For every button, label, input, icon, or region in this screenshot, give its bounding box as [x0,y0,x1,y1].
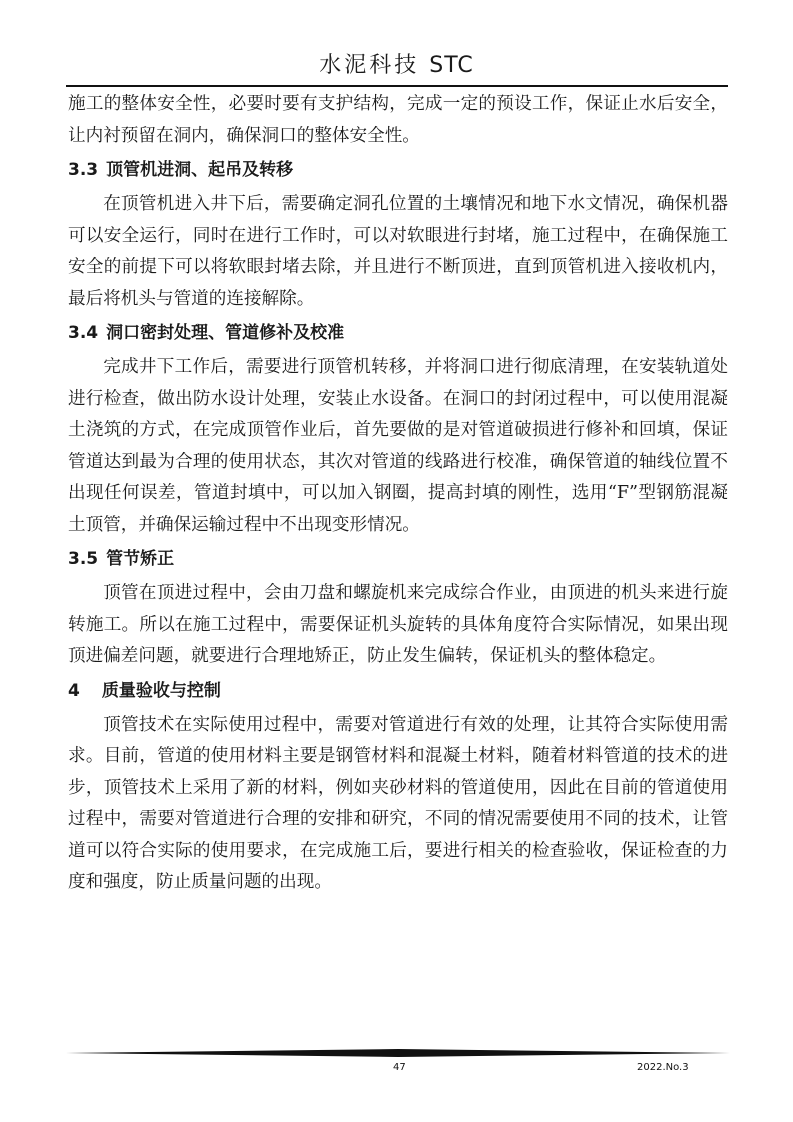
section-heading-3-3: 3.3顶管机进洞、起吊及转移 [68,154,728,186]
section-body-3-5: 顶管在顶进过程中，会由刀盘和螺旋机来完成综合作业，由顶进的机头来进行旋转施工。所… [68,578,728,673]
section-title: 管节矫正 [106,549,174,569]
journal-title-en: STC [429,53,473,78]
section-title: 洞口密封处理、管道修补及校准 [106,323,344,343]
page-number: 47 [393,1062,406,1073]
section-title: 顶管机进洞、起吊及转移 [106,160,293,180]
section-body-3-4: 完成井下工作后，需要进行顶管机转移，并将洞口进行彻底清理，在安装轨道处进行检查，… [68,352,728,541]
section-number: 3.4 [68,323,98,343]
section-body-4: 顶管技术在实际使用过程中，需要对管道进行有效的处理，让其符合实际使用需求。目前，… [68,710,728,899]
journal-title-cn: 水泥科技 [319,53,419,78]
page-content: 施工的整体安全性，必要时要有支护结构，完成一定的预设工作，保证止水后安全，让内衬… [68,89,728,899]
section-number: 3.5 [68,549,98,569]
section-body-3-3: 在顶管机进入井下后，需要确定洞孔位置的土壤情况和地下水文情况，确保机器可以安全运… [68,189,728,315]
section-heading-3-4: 3.4洞口密封处理、管道修补及校准 [68,317,728,349]
header-rule [66,85,728,87]
section-number: 4 [68,681,80,701]
section-heading-4: 4质量验收与控制 [68,675,728,707]
footer-rule [66,1049,730,1057]
issue-label: 2022.No.3 [637,1062,689,1073]
section-heading-3-5: 3.5管节矫正 [68,543,728,575]
journal-header: 水泥科技STC [0,48,793,79]
section-title: 质量验收与控制 [102,681,221,701]
continuation-paragraph: 施工的整体安全性，必要时要有支护结构，完成一定的预设工作，保证止水后安全，让内衬… [68,89,728,152]
section-number: 3.3 [68,160,98,180]
